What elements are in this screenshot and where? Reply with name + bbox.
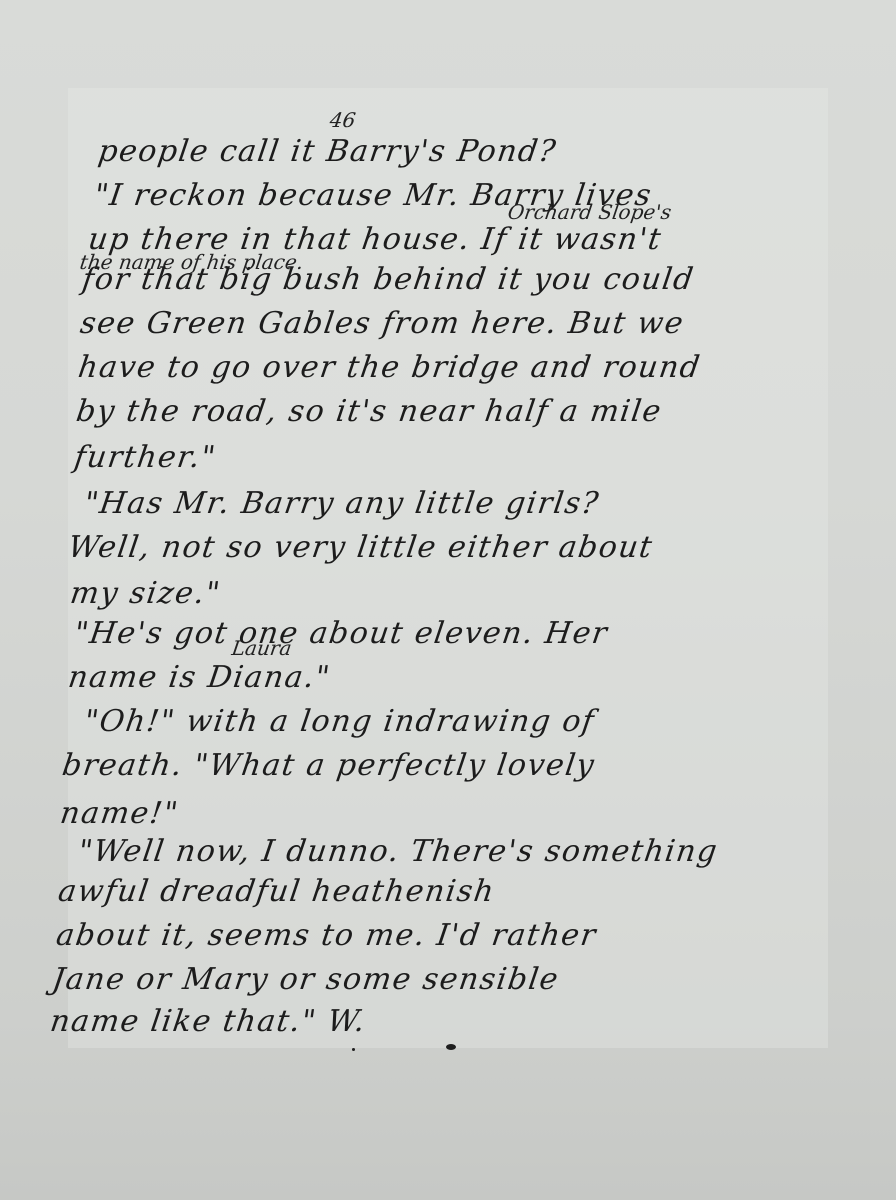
manuscript-line-20: about it, seems to me. I'd rather <box>54 918 599 953</box>
interlinear-insert: Orchard Slope's <box>506 200 673 224</box>
manuscript-line-10: "Has Mr. Barry any little girls? <box>82 486 602 521</box>
manuscript-line-14: name is Diana." <box>66 660 333 695</box>
manuscript-line-17: name!" <box>58 796 181 831</box>
manuscript-line-7: have to go over the bridge and round <box>76 350 703 385</box>
manuscript-line-6: see Green Gables from here. But we <box>78 306 686 341</box>
manuscript-line-11: Well, not so very little either about <box>66 530 655 565</box>
manuscript-line-13: "He's got one about eleven. Her <box>72 616 610 651</box>
ink-blot <box>446 1044 456 1050</box>
page-number-insert: 46 <box>328 108 357 132</box>
manuscript-line-16: breath. "What a perfectly lovely <box>60 748 597 783</box>
manuscript-line-9: further." <box>72 440 219 475</box>
manuscript-line-18: "Well now, I dunno. There's something <box>76 834 720 869</box>
manuscript-line-15: "Oh!" with a long indrawing of <box>82 704 597 739</box>
manuscript-line-19: awful dreadful heathenish <box>56 874 497 909</box>
ink-speck <box>352 1048 355 1051</box>
manuscript-line-22: name like that." W. <box>48 1004 368 1039</box>
manuscript-line-21: Jane or Mary or some sensible <box>50 962 561 997</box>
manuscript-line-5: for that big bush behind it you could <box>80 262 697 297</box>
manuscript-line-12: my size." <box>68 576 223 611</box>
struck-name-insert: Laura <box>230 636 293 660</box>
manuscript-line-1: people call it Barry's Pond? <box>96 134 559 169</box>
manuscript-line-8: by the road, so it's near half a mile <box>74 394 664 429</box>
